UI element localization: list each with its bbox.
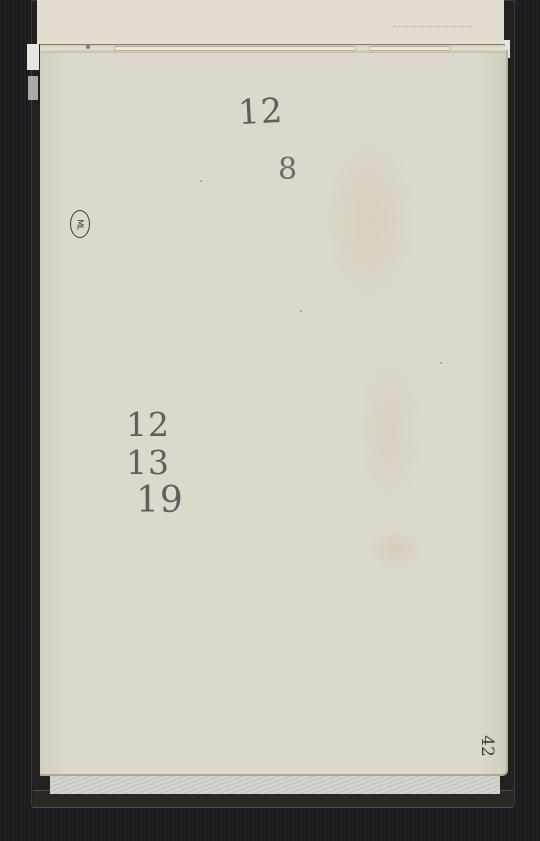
previous-page-strip xyxy=(37,0,504,44)
binding-fold xyxy=(40,44,505,53)
page-number: 42 xyxy=(477,735,497,757)
list-item: 13 xyxy=(126,446,184,480)
paper-speck xyxy=(200,180,202,182)
paper-speck xyxy=(300,310,302,312)
sketchbook-page: 12 8 ML 12 13 19 42 xyxy=(40,50,508,776)
list-item: 12 xyxy=(126,408,184,442)
stamp-text: ML xyxy=(75,219,84,229)
paper-speck xyxy=(440,362,442,364)
binding-thread xyxy=(115,47,355,50)
faint-writing xyxy=(394,20,474,27)
list-item: 19 xyxy=(136,484,184,518)
pencil-number-top-second: 8 xyxy=(278,152,298,187)
page-tab xyxy=(28,76,38,100)
pencil-number-list: 12 13 19 xyxy=(126,408,184,518)
binding-hole xyxy=(86,45,90,49)
page-tab xyxy=(27,44,39,70)
pencil-number-top: 12 xyxy=(237,91,284,133)
ml-collector-stamp: ML xyxy=(70,210,90,238)
binding-thread xyxy=(370,47,450,50)
